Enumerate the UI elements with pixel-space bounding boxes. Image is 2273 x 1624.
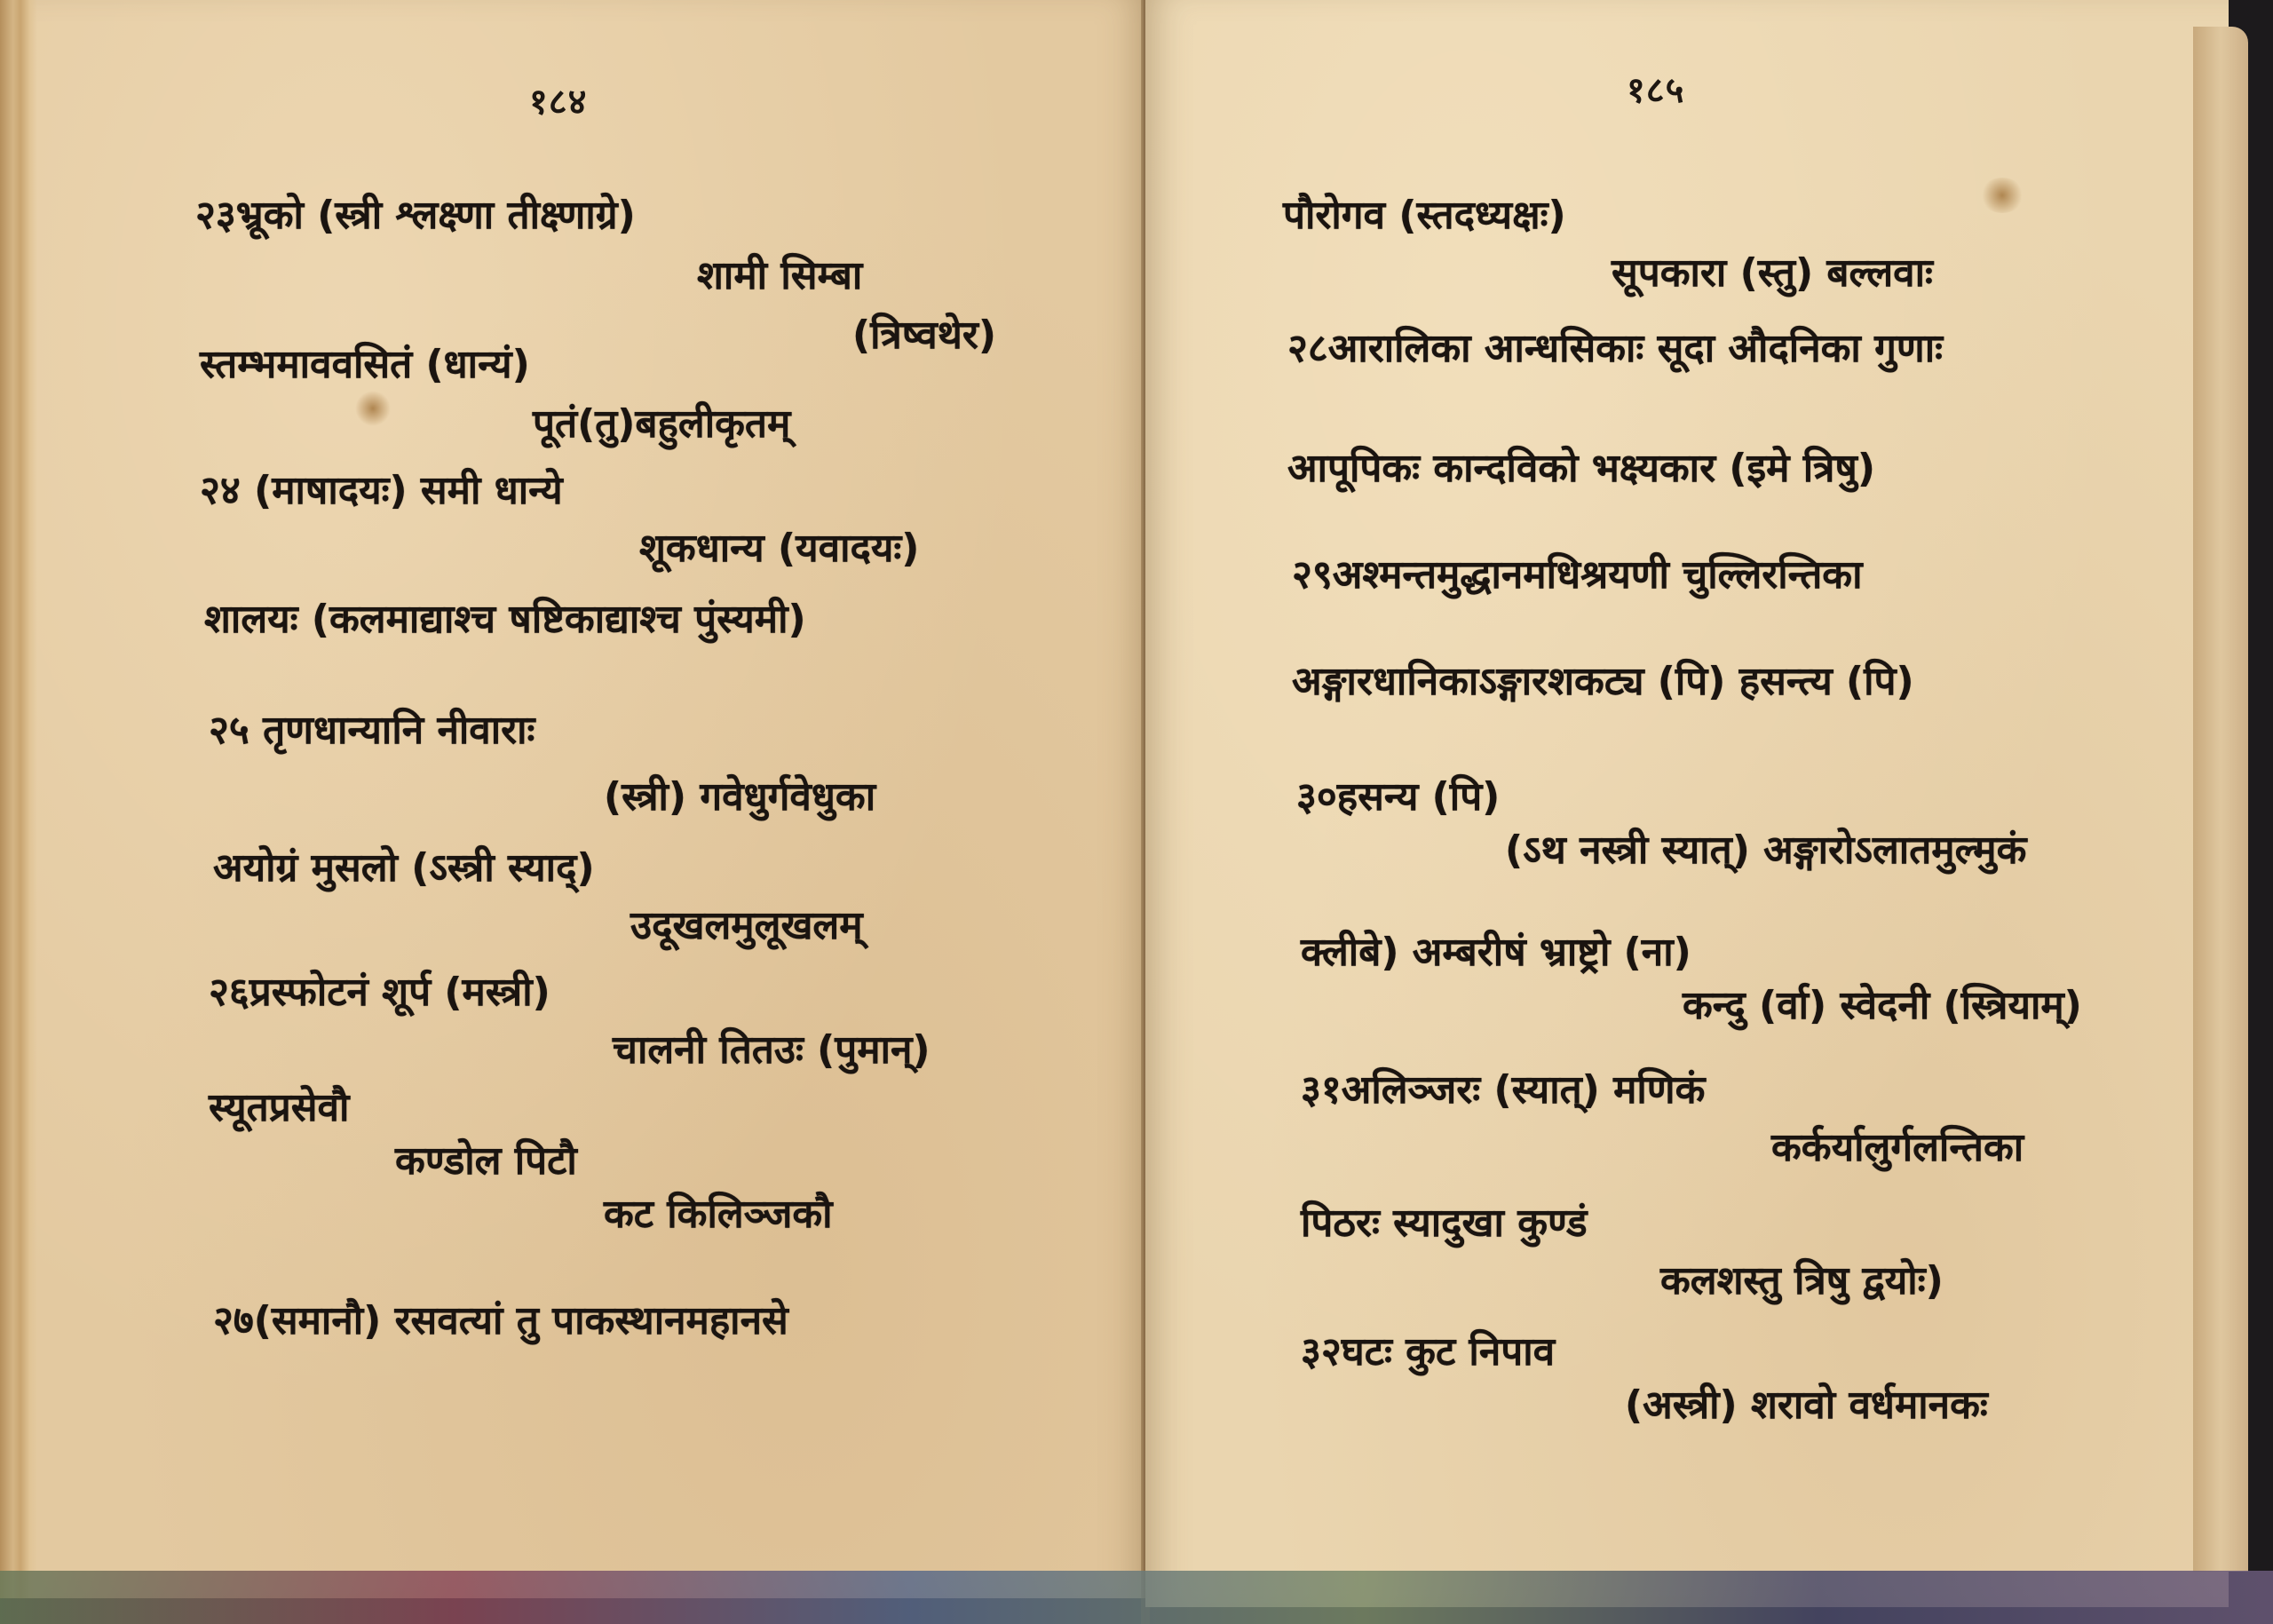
- manuscript-line: ३१अलिञ्जरः (स्यात्) मणिकं: [1301, 1061, 1705, 1114]
- open-manuscript-book: १८४ २३भ्रूको (स्त्री श्लक्ष्णा तीक्ष्णाग…: [0, 0, 2273, 1624]
- manuscript-line: शूकधान्य (यवादयः): [639, 519, 919, 573]
- manuscript-line: आपूपिकः कान्दविको भक्ष्यकार (इमे त्रिषु): [1287, 440, 1875, 493]
- right-page-number: १८५: [1627, 64, 1684, 113]
- manuscript-line: २८आरालिका आन्धसिकाः सूदा औदनिका गुणाः: [1287, 320, 1943, 373]
- manuscript-line: ३०हसन्य (पि): [1296, 768, 1500, 821]
- page-edges: [2193, 27, 2248, 1572]
- manuscript-line: शामी सिम्बा: [697, 247, 862, 300]
- manuscript-line: अयोग्रं मुसलो (ऽस्त्री स्याद्): [213, 839, 595, 892]
- manuscript-line: चालनी तितउः (पुमान्): [613, 1021, 931, 1074]
- manuscript-line: उदूखलमुलूखलम्: [630, 897, 863, 950]
- manuscript-line: अङ्गारधानिकाऽङ्गारशकट्य (पि) हसन्त्य (पि…: [1292, 653, 1914, 706]
- manuscript-line: २५ तृणधान्यानि नीवाराः: [209, 701, 535, 755]
- manuscript-line: (स्त्री) गवेधुर्गवेधुका: [604, 768, 875, 821]
- left-page-number: १८४: [529, 75, 587, 124]
- manuscript-line: कट किलिञ्जकौ: [604, 1185, 833, 1239]
- manuscript-line: कलशस्तु त्रिषु द्वयोः): [1660, 1252, 1944, 1305]
- manuscript-line: शालयः (कलमाद्याश्च षष्टिकाद्याश्च पुंस्य…: [204, 590, 806, 644]
- manuscript-line: (अस्त्री) शरावो वर्धमानकः: [1625, 1376, 1988, 1430]
- background-cloth: [0, 1571, 2273, 1624]
- manuscript-line: २३भ्रूको (स्त्री श्लक्ष्णा तीक्ष्णाग्रे): [195, 186, 636, 240]
- paper-stain: [1980, 178, 2024, 213]
- manuscript-line: कन्दु (र्वा) स्वेदनी (स्त्रियाम्): [1683, 977, 2082, 1030]
- manuscript-line: २९अश्मन्तमुद्धानमधिश्रयणी चुल्लिरन्तिका: [1292, 546, 1863, 599]
- manuscript-line: २६प्रस्फोटनं शूर्प (मस्त्री): [209, 963, 550, 1017]
- manuscript-line: ३२घटः कुट निपाव: [1301, 1323, 1555, 1376]
- manuscript-line: पिठरः स्यादुखा कुण्डं: [1301, 1194, 1588, 1248]
- manuscript-line: कर्कर्यालुर्गलन्तिका: [1771, 1119, 2024, 1172]
- manuscript-line: स्यूतप्रसेवौ: [209, 1079, 349, 1132]
- manuscript-line: कण्डोल पिटौ: [395, 1132, 577, 1185]
- manuscript-line: (ऽथ नस्त्री स्यात्) अङ्गारोऽलातमुल्मुकं: [1505, 821, 2026, 875]
- manuscript-line: पूतं(तु)बहुलीकृतम्: [533, 395, 790, 448]
- manuscript-line: सूपकारा (स्तु) बल्लवाः: [1612, 244, 1933, 297]
- left-page: १८४ २३भ्रूको (स्त्री श्लक्ष्णा तीक्ष्णाग…: [0, 0, 1145, 1598]
- right-page: १८५ पौरोगव (स्तदध्यक्षः)सूपकारा (स्तु) ब…: [1145, 0, 2229, 1607]
- manuscript-line: पौरोगव (स्तदध्यक्षः): [1283, 186, 1566, 240]
- manuscript-line: (त्रिष्वथेर): [852, 306, 996, 360]
- manuscript-line: स्तम्भमाववसितं (धान्यं): [200, 336, 530, 389]
- manuscript-line: २७(समानौ) रसवत्यां तु पाकस्थानमहानसे: [213, 1292, 788, 1345]
- manuscript-line: क्लीबे) अम्बरीषं भ्राष्ट्रो (ना): [1301, 923, 1691, 977]
- paper-stain: [355, 391, 391, 426]
- manuscript-line: २४ (माषादयः) समी धान्ये: [200, 462, 563, 515]
